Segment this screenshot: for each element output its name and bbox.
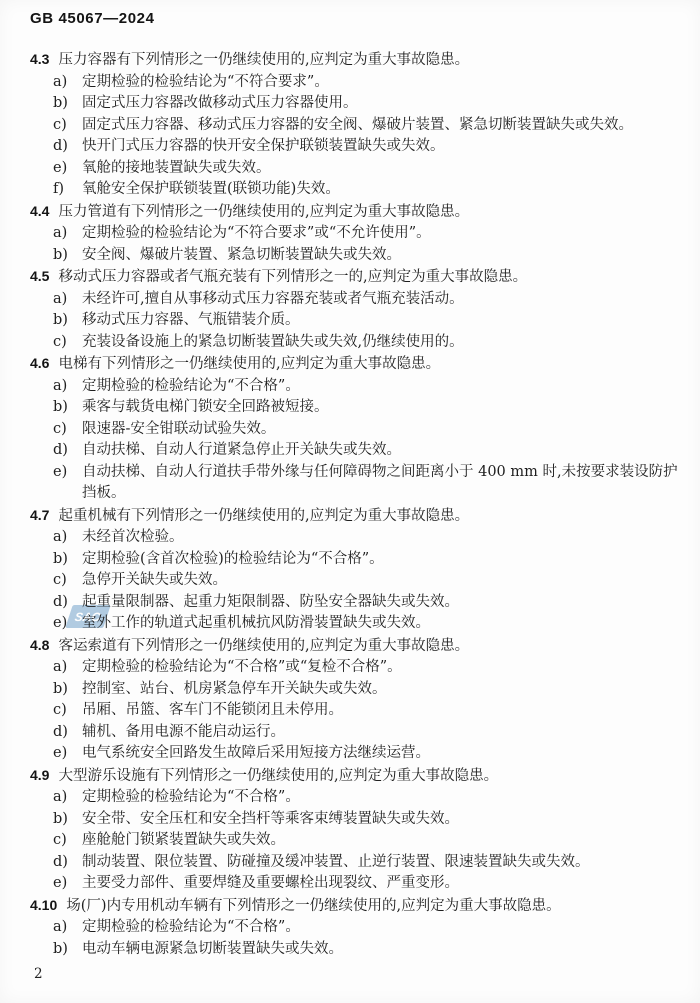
clause-heading-text: 大型游乐设施有下列情形之一仍继续使用的,应判定为重大事故隐患。 [58,766,690,788]
clause-item-list: a)定期检验的检验结论为“不符合要求”。 b)固定式压力容器改做移动式压力容器使… [53,72,690,201]
page-number: 2 [34,966,43,982]
item-text: 控制室、站台、机房紧急停车开关缺失或失效。 [82,679,690,701]
clause-number: 4.7 [30,505,49,527]
clause-number: 4.6 [30,353,49,375]
item-text: 未经首次检验。 [82,527,690,549]
clause-number: 4.4 [30,201,49,223]
item-text: 氧舱的接地装置缺失或失效。 [82,158,690,180]
item-text: 限速器-安全钳联动试验失效。 [82,419,690,441]
item-label: d) [53,722,82,744]
item-label: a) [53,787,82,809]
clause-heading-text: 电梯有下列情形之一仍继续使用的,应判定为重大事故隐患。 [58,354,690,376]
document-body: 4.3 压力容器有下列情形之一仍继续使用的,应判定为重大事故隐患。 a)定期检验… [30,49,690,960]
clause-heading-row: 4.3 压力容器有下列情形之一仍继续使用的,应判定为重大事故隐患。 [30,49,690,72]
list-item: a)未经许可,擅自从事移动式压力容器充装或者气瓶充装活动。 [53,289,690,311]
list-item: e)自动扶梯、自动人行道扶手带外缘与任何障碍物之间距离小于 400 mm 时,未… [53,462,690,505]
clause-heading-text: 起重机械有下列情形之一仍继续使用的,应判定为重大事故隐患。 [58,506,690,528]
item-text: 电气系统安全回路发生故障后采用短接方法继续运营。 [82,743,690,765]
item-text: 乘客与载货电梯门锁安全回路被短接。 [82,397,690,419]
item-label: b) [53,809,82,831]
clause-item-list: a)定期检验的检验结论为“不符合要求”或“不允许使用”。 b)安全阀、爆破片装置… [53,223,690,266]
item-text: 定期检验的检验结论为“不合格”。 [82,376,690,398]
list-item: c)吊厢、吊篮、客车门不能锁闭且未停用。 [53,700,690,722]
list-item: f)氧舱安全保护联锁装置(联锁功能)失效。 [53,179,690,201]
clause-number: 4.9 [30,765,49,787]
item-text: 充装设备设施上的紧急切断装置缺失或失效,仍继续使用的。 [82,332,690,354]
item-text: 快开门式压力容器的快开安全保护联锁装置缺失或失效。 [82,136,690,158]
clause-number: 4.10 [30,895,57,917]
item-text: 室外工作的轨道式起重机械抗风防滑装置缺失或失效。 [82,613,690,635]
document-page: GB 45067—2024 SAC 4.3 压力容器有下列情形之一仍继续使用的,… [0,0,700,1003]
list-item: e)电气系统安全回路发生故障后采用短接方法继续运营。 [53,743,690,765]
item-label: a) [53,376,82,398]
item-label: a) [53,917,82,939]
item-label: e) [53,158,82,180]
section-4-5: 4.5 移动式压力容器或者气瓶充装有下列情形之一的,应判定为重大事故隐患。 a)… [30,266,690,353]
item-label: e) [53,462,82,505]
clause-item-list: a)未经首次检验。 b)定期检验(含首次检验)的检验结论为“不合格”。 c)急停… [53,527,690,635]
item-label: a) [53,223,82,245]
list-item: e)主要受力部件、重要焊缝及重要螺栓出现裂纹、严重变形。 [53,873,690,895]
clause-item-list: a)定期检验的检验结论为“不合格”。 b)安全带、安全压杠和安全挡杆等乘客束缚装… [53,787,690,895]
list-item: b)电动车辆电源紧急切断装置缺失或失效。 [53,939,690,961]
item-label: c) [53,332,82,354]
item-text: 安全阀、爆破片装置、紧急切断装置缺失或失效。 [82,245,690,267]
clause-heading-text: 移动式压力容器或者气瓶充装有下列情形之一的,应判定为重大事故隐患。 [58,267,690,289]
item-text: 起重量限制器、起重力矩限制器、防坠安全器缺失或失效。 [82,592,690,614]
list-item: b)移动式压力容器、气瓶错装介质。 [53,310,690,332]
clause-heading-row: 4.8 客运索道有下列情形之一仍继续使用的,应判定为重大事故隐患。 [30,635,690,658]
item-label: a) [53,657,82,679]
item-label: d) [53,852,82,874]
clause-heading-text: 客运索道有下列情形之一仍继续使用的,应判定为重大事故隐患。 [58,636,690,658]
list-item: c)限速器-安全钳联动试验失效。 [53,419,690,441]
item-text: 定期检验(含首次检验)的检验结论为“不合格”。 [82,549,690,571]
clause-item-list: a)未经许可,擅自从事移动式压力容器充装或者气瓶充装活动。 b)移动式压力容器、… [53,289,690,354]
item-label: d) [53,440,82,462]
list-item: a)定期检验的检验结论为“不合格”。 [53,917,690,939]
clause-heading-row: 4.9 大型游乐设施有下列情形之一仍继续使用的,应判定为重大事故隐患。 [30,765,690,788]
section-4-8: 4.8 客运索道有下列情形之一仍继续使用的,应判定为重大事故隐患。 a)定期检验… [30,635,690,765]
clause-heading-text: 压力容器有下列情形之一仍继续使用的,应判定为重大事故隐患。 [58,50,690,72]
item-text: 固定式压力容器改做移动式压力容器使用。 [82,93,690,115]
item-text: 自动扶梯、自动人行道紧急停止开关缺失或失效。 [82,440,690,462]
clause-heading-text: 压力管道有下列情形之一仍继续使用的,应判定为重大事故隐患。 [58,202,690,224]
item-text: 氧舱安全保护联锁装置(联锁功能)失效。 [82,179,690,201]
list-item: d)起重量限制器、起重力矩限制器、防坠安全器缺失或失效。 [53,592,690,614]
list-item: b)控制室、站台、机房紧急停车开关缺失或失效。 [53,679,690,701]
item-text: 固定式压力容器、移动式压力容器的安全阀、爆破片装置、紧急切断装置缺失或失效。 [82,115,690,137]
item-label: b) [53,549,82,571]
clause-item-list: a)定期检验的检验结论为“不合格”。 b)乘客与载货电梯门锁安全回路被短接。 c… [53,376,690,505]
item-label: f) [53,179,82,201]
item-text: 主要受力部件、重要焊缝及重要螺栓出现裂纹、严重变形。 [82,873,690,895]
section-4-6: 4.6 电梯有下列情形之一仍继续使用的,应判定为重大事故隐患。 a)定期检验的检… [30,353,690,505]
clause-heading-row: 4.10 场(厂)内专用机动车辆有下列情形之一仍继续使用的,应判定为重大事故隐患… [30,895,690,918]
item-text: 定期检验的检验结论为“不合格”或“复检不合格”。 [82,657,690,679]
list-item: c)充装设备设施上的紧急切断装置缺失或失效,仍继续使用的。 [53,332,690,354]
item-text: 安全带、安全压杠和安全挡杆等乘客束缚装置缺失或失效。 [82,809,690,831]
clause-heading-row: 4.4 压力管道有下列情形之一仍继续使用的,应判定为重大事故隐患。 [30,201,690,224]
clause-heading-row: 4.6 电梯有下列情形之一仍继续使用的,应判定为重大事故隐患。 [30,353,690,376]
list-item: a)定期检验的检验结论为“不合格”或“复检不合格”。 [53,657,690,679]
item-text: 定期检验的检验结论为“不合格”。 [82,917,690,939]
item-text: 吊厢、吊篮、客车门不能锁闭且未停用。 [82,700,690,722]
item-label: e) [53,743,82,765]
list-item: a)定期检验的检验结论为“不符合要求”。 [53,72,690,94]
standard-code: GB 45067—2024 [30,10,155,27]
item-text: 制动装置、限位装置、防碰撞及缓冲装置、止逆行装置、限速装置缺失或失效。 [82,852,690,874]
item-label: b) [53,679,82,701]
list-item: b)安全带、安全压杠和安全挡杆等乘客束缚装置缺失或失效。 [53,809,690,831]
item-label: c) [53,419,82,441]
item-label: b) [53,939,82,961]
clause-heading-row: 4.5 移动式压力容器或者气瓶充装有下列情形之一的,应判定为重大事故隐患。 [30,266,690,289]
item-text: 未经许可,擅自从事移动式压力容器充装或者气瓶充装活动。 [82,289,690,311]
item-label: b) [53,93,82,115]
clause-number: 4.3 [30,49,49,71]
clause-heading-row: 4.7 起重机械有下列情形之一仍继续使用的,应判定为重大事故隐患。 [30,505,690,528]
list-item: e)氧舱的接地装置缺失或失效。 [53,158,690,180]
item-label: b) [53,397,82,419]
list-item: b)安全阀、爆破片装置、紧急切断装置缺失或失效。 [53,245,690,267]
list-item: d)自动扶梯、自动人行道紧急停止开关缺失或失效。 [53,440,690,462]
item-label: a) [53,289,82,311]
item-text: 移动式压力容器、气瓶错装介质。 [82,310,690,332]
clause-number: 4.8 [30,635,49,657]
clause-number: 4.5 [30,266,49,288]
list-item: a)未经首次检验。 [53,527,690,549]
clause-heading-text: 场(厂)内专用机动车辆有下列情形之一仍继续使用的,应判定为重大事故隐患。 [66,896,690,918]
list-item: c)急停开关缺失或失效。 [53,570,690,592]
list-item: e)室外工作的轨道式起重机械抗风防滑装置缺失或失效。 [53,613,690,635]
clause-item-list: a)定期检验的检验结论为“不合格”或“复检不合格”。 b)控制室、站台、机房紧急… [53,657,690,765]
section-4-10: 4.10 场(厂)内专用机动车辆有下列情形之一仍继续使用的,应判定为重大事故隐患… [30,895,690,961]
list-item: a)定期检验的检验结论为“不合格”。 [53,787,690,809]
section-4-9: 4.9 大型游乐设施有下列情形之一仍继续使用的,应判定为重大事故隐患。 a)定期… [30,765,690,895]
list-item: d)制动装置、限位装置、防碰撞及缓冲装置、止逆行装置、限速装置缺失或失效。 [53,852,690,874]
item-text: 自动扶梯、自动人行道扶手带外缘与任何障碍物之间距离小于 400 mm 时,未按要… [82,462,690,505]
item-text: 定期检验的检验结论为“不合格”。 [82,787,690,809]
item-text: 急停开关缺失或失效。 [82,570,690,592]
list-item: b)乘客与载货电梯门锁安全回路被短接。 [53,397,690,419]
item-label: a) [53,527,82,549]
item-label: b) [53,310,82,332]
item-label: e) [53,613,82,635]
item-text: 电动车辆电源紧急切断装置缺失或失效。 [82,939,690,961]
item-text: 座舱舱门锁紧装置缺失或失效。 [82,830,690,852]
item-text: 定期检验的检验结论为“不符合要求”或“不允许使用”。 [82,223,690,245]
item-label: c) [53,700,82,722]
list-item: d)辅机、备用电源不能启动运行。 [53,722,690,744]
list-item: c)固定式压力容器、移动式压力容器的安全阀、爆破片装置、紧急切断装置缺失或失效。 [53,115,690,137]
item-label: c) [53,830,82,852]
section-4-3: 4.3 压力容器有下列情形之一仍继续使用的,应判定为重大事故隐患。 a)定期检验… [30,49,690,201]
item-text: 辅机、备用电源不能启动运行。 [82,722,690,744]
item-label: b) [53,245,82,267]
item-label: c) [53,115,82,137]
item-text: 定期检验的检验结论为“不符合要求”。 [82,72,690,94]
list-item: b)固定式压力容器改做移动式压力容器使用。 [53,93,690,115]
section-4-4: 4.4 压力管道有下列情形之一仍继续使用的,应判定为重大事故隐患。 a)定期检验… [30,201,690,267]
clause-item-list: a)定期检验的检验结论为“不合格”。 b)电动车辆电源紧急切断装置缺失或失效。 [53,917,690,960]
item-label: a) [53,72,82,94]
list-item: a)定期检验的检验结论为“不合格”。 [53,376,690,398]
list-item: b)定期检验(含首次检验)的检验结论为“不合格”。 [53,549,690,571]
list-item: a)定期检验的检验结论为“不符合要求”或“不允许使用”。 [53,223,690,245]
item-label: d) [53,592,82,614]
item-label: c) [53,570,82,592]
item-label: d) [53,136,82,158]
item-label: e) [53,873,82,895]
section-4-7: 4.7 起重机械有下列情形之一仍继续使用的,应判定为重大事故隐患。 a)未经首次… [30,505,690,635]
list-item: d)快开门式压力容器的快开安全保护联锁装置缺失或失效。 [53,136,690,158]
list-item: c)座舱舱门锁紧装置缺失或失效。 [53,830,690,852]
